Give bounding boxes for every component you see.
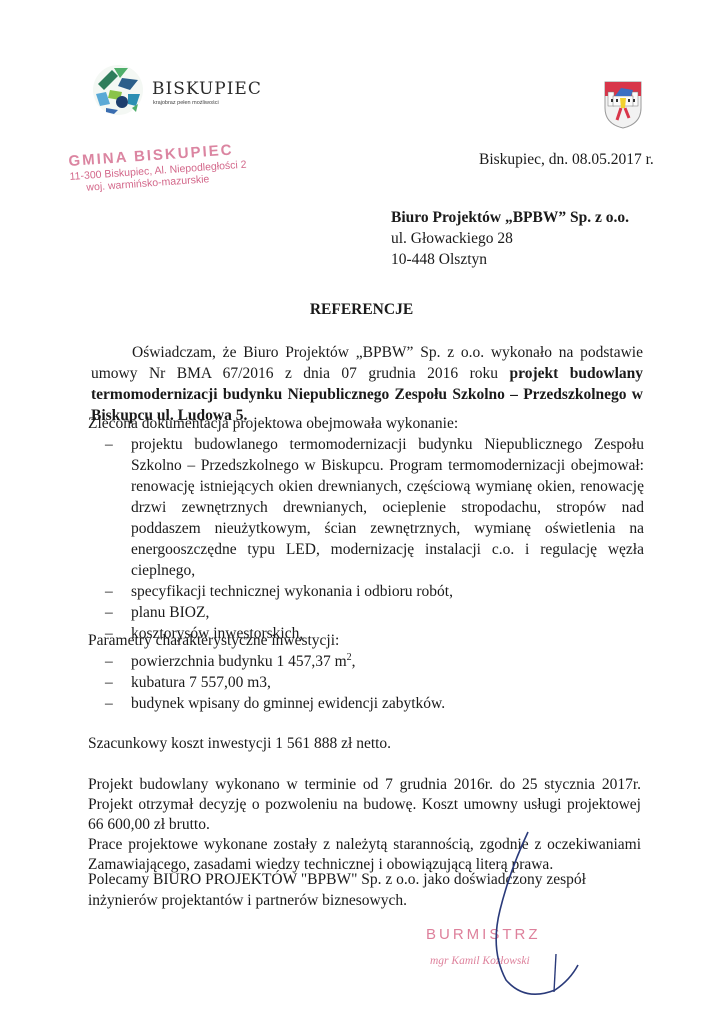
coat-of-arms-icon [603,80,643,130]
dash-marker: – [105,693,113,714]
timeline-text: Projekt budowlany wykonano w terminie od… [88,775,641,835]
recipient-street: ul. Głowackiego 28 [391,228,629,249]
estimated-cost: Szacunkowy koszt inwestycji 1 561 888 zł… [88,735,391,753]
dash-marker: – [105,602,113,623]
list-item: –projektu budowlanego termomodernizacji … [88,434,644,581]
scope-item-text: specyfikacji technicznej wykonania i odb… [131,583,453,600]
list-item: –planu BIOZ, [88,602,644,623]
parameters-list: –powierzchnia budynku 1 457,37 m2, –kuba… [88,651,644,714]
handwritten-signature [470,830,580,1000]
list-item: –powierzchnia budynku 1 457,37 m2, [88,651,644,672]
list-item: –kubatura 7 557,00 m3, [88,672,644,693]
recipient-name: Biuro Projektów „BPBW” Sp. z o.o. [391,207,629,228]
list-item: –budynek wpisany do gminnej ewidencji za… [88,693,644,714]
document-title: REFERENCJE [0,301,723,319]
area-suffix: , [352,653,356,670]
scope-item-text: projektu budowlanego termomodernizacji b… [131,436,644,579]
parameters-heading: Parametry charakterystyczne inwestycji: [88,630,644,651]
scope-item-text: planu BIOZ, [131,604,209,621]
dash-marker: – [105,672,113,693]
biskupiec-logo-icon [92,64,144,116]
scope-list: –projektu budowlanego termomodernizacji … [88,434,644,644]
list-item: –specyfikacji technicznej wykonania i od… [88,581,644,602]
scope-heading: Zlecona dokumentacja projektowa obejmowa… [88,413,644,434]
scope-section: Zlecona dokumentacja projektowa obejmowa… [88,413,644,644]
parameters-section: Parametry charakterystyczne inwestycji: … [88,630,644,714]
logo-wordmark: BISKUPIEC [152,79,262,99]
heritage-text: budynek wpisany do gminnej ewidencji zab… [131,695,445,712]
dash-marker: – [105,434,113,455]
dash-marker: – [105,581,113,602]
municipality-stamp: GMINA BISKUPIEC 11-300 Biskupiec, Al. Ni… [68,141,248,195]
recipient-city: 10-448 Olsztyn [391,249,629,270]
place-and-date: Biskupiec, dn. 08.05.2017 r. [479,151,654,169]
volume-text: kubatura 7 557,00 m3, [131,674,271,691]
area-text: powierzchnia budynku 1 457,37 m [131,653,347,670]
dash-marker: – [105,651,113,672]
logo-tagline: krajobraz pełen możliwości [153,100,219,106]
recipient-address: Biuro Projektów „BPBW” Sp. z o.o. ul. Gł… [391,207,629,270]
